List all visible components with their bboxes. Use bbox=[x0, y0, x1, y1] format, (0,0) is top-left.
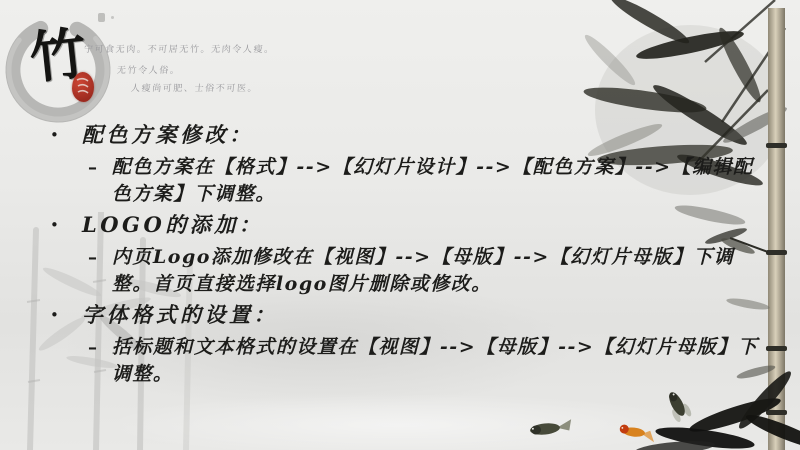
bullet-title-row: • LOGO的添加： bbox=[44, 210, 760, 240]
bullet-dot-icon: • bbox=[44, 300, 82, 330]
bullet-sub-text: 内页Logo添加修改在【视图】-->【母版】-->【幻灯片母版】下调整。首页直接… bbox=[112, 244, 760, 298]
red-seal-stamp-icon bbox=[72, 72, 94, 102]
dark-goldfish-icon bbox=[663, 388, 693, 423]
slide-canvas: 竹 宁可食无肉。不可居无竹。无肉令人瘦。 无竹令人俗。 人瘦尚可肥、士俗不可医。… bbox=[0, 0, 800, 450]
bullet-sub-text: 配色方案在【格式】-->【幻灯片设计】-->【配色方案】-->【编辑配色方案】下… bbox=[112, 154, 760, 208]
slide-body-text: • 配色方案修改： – 配色方案在【格式】-->【幻灯片设计】-->【配色方案】… bbox=[44, 120, 760, 390]
dark-goldfish-icon bbox=[529, 419, 572, 436]
poem-line-3: 人瘦尚可肥、士俗不可医。 bbox=[131, 81, 259, 94]
goldfish-group bbox=[505, 382, 715, 448]
faint-ink-dot bbox=[111, 16, 114, 19]
bullet-title: 配色方案修改： bbox=[82, 120, 254, 150]
dash-marker-icon: – bbox=[88, 334, 112, 361]
bullet-title: 字体格式的设置： bbox=[82, 300, 278, 330]
bullet-title-row: • 配色方案修改： bbox=[44, 120, 760, 150]
bullet-group-font-format: • 字体格式的设置： – 括标题和文本格式的设置在【视图】-->【母版】-->【… bbox=[44, 300, 760, 388]
orange-goldfish-icon bbox=[619, 424, 656, 442]
poem-line-2: 无竹令人俗。 bbox=[117, 63, 182, 76]
bullet-title-row: • 字体格式的设置： bbox=[44, 300, 760, 330]
faint-ink-smudge bbox=[98, 13, 105, 22]
bullet-group-color-scheme: • 配色方案修改： – 配色方案在【格式】-->【幻灯片设计】-->【配色方案】… bbox=[44, 120, 760, 208]
bullet-sub-row: – 内页Logo添加修改在【视图】-->【母版】-->【幻灯片母版】下调整。首页… bbox=[88, 244, 760, 298]
bullet-sub-row: – 括标题和文本格式的设置在【视图】-->【母版】-->【幻灯片母版】下调整。 bbox=[88, 334, 760, 388]
bullet-group-logo: • LOGO的添加： – 内页Logo添加修改在【视图】-->【母版】-->【幻… bbox=[44, 210, 760, 298]
bullet-sub-row: – 配色方案在【格式】-->【幻灯片设计】-->【配色方案】-->【编辑配色方案… bbox=[88, 154, 760, 208]
dash-marker-icon: – bbox=[88, 154, 112, 181]
bullet-dot-icon: • bbox=[44, 210, 82, 240]
dash-marker-icon: – bbox=[88, 244, 112, 271]
bullet-dot-icon: • bbox=[44, 120, 82, 150]
bullet-title: LOGO的添加： bbox=[82, 210, 263, 240]
poem-line-1: 宁可食无肉。不可居无竹。无肉令人瘦。 bbox=[84, 42, 276, 55]
bullet-sub-text: 括标题和文本格式的设置在【视图】-->【母版】-->【幻灯片母版】下调整。 bbox=[112, 334, 760, 388]
